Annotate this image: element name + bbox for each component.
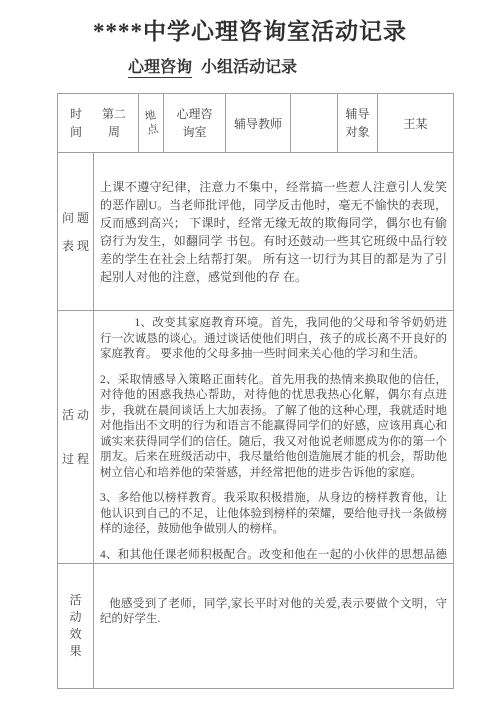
effect-row: 活 动 效 果 他感受到了老师，同学,家长平时对他的关爱,表示要做个文明，守纪的… xyxy=(58,564,454,689)
target-label: 辅导 对象 xyxy=(345,105,369,141)
process-content-cell: 1、改变其家庭教育环境。首先，我同他的父母和爷爷奶奶进行一次诚恳的谈心。通过谈话… xyxy=(94,311,454,564)
problem-row: 问 题 表 现 上课不遵守纪律，注意力不集中，经常搞一些惹人注意引人发笑的恶作剧… xyxy=(58,153,454,311)
time-cell: 时 间 第二 周 xyxy=(58,94,139,153)
subtitle-underlined-text: 心理咨询 xyxy=(128,59,192,78)
location-label: 地 点 xyxy=(143,108,159,137)
problem-content-cell: 上课不遵守纪律，注意力不集中，经常搞一些惹人注意引人发笑的恶作剧U。当老师批评他… xyxy=(94,153,454,311)
effect-label: 活 动 效 果 xyxy=(58,581,93,672)
problem-label: 问 题 表 现 xyxy=(58,153,93,310)
effect-content-cell: 他感受到了老师，同学,家长平时对他的关爱,表示要做个文明，守纪的好学生. xyxy=(94,564,454,689)
target-value: 王某 xyxy=(403,115,427,132)
process-label-cell: 活 动 过 程 xyxy=(58,311,94,564)
problem-label-cell: 问 题 表 现 xyxy=(58,153,94,311)
process-paragraph-1: 1、改变其家庭教育环境。首先，我同他的父母和爷爷奶奶进行一次诚恳的谈心。通过谈话… xyxy=(100,316,447,363)
process-paragraph-4: 4、和其他任课老师积极配合。改变和他在一起的小伙伴的思想品德行为，为他创造一个健… xyxy=(100,548,447,564)
process-label: 活 动 过 程 xyxy=(58,314,93,561)
process-row: 活 动 过 程 1、改变其家庭教育环境。首先，我同他的父母和爷爷奶奶进行一次诚恳… xyxy=(58,311,454,564)
process-paragraph-3: 3、多给他以榜样教育。我采取积极措施，从身边的榜样教育他，让他认识到自己的不足，… xyxy=(100,491,447,538)
time-value: 第二 周 xyxy=(102,105,126,141)
location-value: 心理咨 询室 xyxy=(176,105,212,141)
target-label-cell: 辅导 对象 xyxy=(338,94,378,153)
time-label: 时 间 xyxy=(70,105,82,141)
problem-content-text: 上课不遵守纪律，注意力不集中，经常搞一些惹人注意引人发笑的恶作剧U。当老师批评他… xyxy=(100,178,447,286)
teacher-label: 辅导教师 xyxy=(234,115,282,132)
location-label-cell: 地 点 xyxy=(139,94,164,153)
process-paragraph-2: 2、采取情感导入策略正面转化。首先用我的热情来换取他的信任，对待他的困惑我热心帮… xyxy=(100,373,447,482)
teacher-value-cell xyxy=(291,94,338,153)
target-value-cell: 王某 xyxy=(378,94,454,153)
subtitle-rest-text: 小组活动记录 xyxy=(201,59,297,76)
record-table: 时 间 第二 周 地 点 心理咨 xyxy=(57,93,454,689)
location-value-cell: 心理咨 询室 xyxy=(164,94,226,153)
effect-content-text: 他感受到了老师，同学,家长平时对他的关爱,表示要做个文明，守纪的好学生. xyxy=(100,597,447,627)
teacher-label-cell: 辅导教师 xyxy=(226,94,291,153)
subtitle: 心理咨询小组活动记录 xyxy=(0,56,500,80)
page-title: ****中学心理咨询室活动记录 xyxy=(0,14,500,50)
effect-label-cell: 活 动 效 果 xyxy=(58,564,94,689)
header-row: 时 间 第二 周 地 点 心理咨 xyxy=(58,94,454,153)
